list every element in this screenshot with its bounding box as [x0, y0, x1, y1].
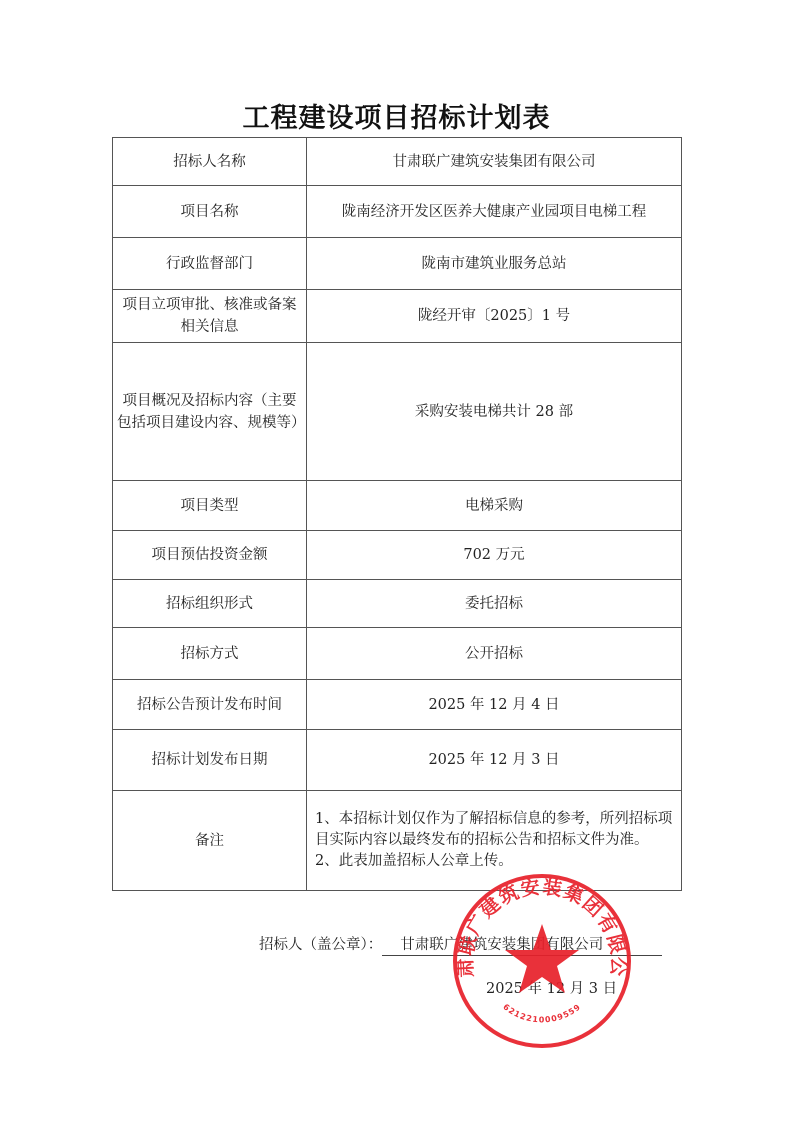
row-label: 招标方式 — [113, 628, 307, 680]
remarks-label: 备注 — [113, 791, 307, 891]
signature-date: 2025 年 12 月 3 日 — [486, 977, 617, 998]
row-value: 2025 年 12 月 4 日 — [307, 680, 682, 730]
table-row: 招标方式 公开招标 — [113, 628, 682, 680]
table-row: 项目概况及招标内容（主要包括项目建设内容、规模等） 采购安装电梯共计 28 部 — [113, 343, 682, 481]
remarks-row: 备注 1、本招标计划仅作为了解招标信息的参考，所列招标项目实际内容以最终发布的招… — [113, 791, 682, 891]
row-value: 陇经开审〔2025〕1 号 — [307, 290, 682, 343]
table-row: 项目预估投资金额 702 万元 — [113, 531, 682, 580]
row-value: 采购安装电梯共计 28 部 — [307, 343, 682, 481]
row-label: 项目立项审批、核准或备案相关信息 — [113, 290, 307, 343]
table-row: 招标公告预计发布时间 2025 年 12 月 4 日 — [113, 680, 682, 730]
row-label: 行政监督部门 — [113, 238, 307, 290]
company-seal-icon: 甘肃联广建筑安装集团有限公司 6212210009559 — [451, 872, 633, 1050]
signature-label: 招标人（盖公章）： — [259, 937, 382, 953]
row-label: 招标公告预计发布时间 — [113, 680, 307, 730]
row-value: 陇南经济开发区医养大健康产业园项目电梯工程 — [307, 186, 682, 238]
table-row: 招标组织形式 委托招标 — [113, 580, 682, 628]
remark-line: 1、本招标计划仅作为了解招标信息的参考，所列招标项目实际内容以最终发布的招标公告… — [315, 809, 675, 851]
table-row: 行政监督部门 陇南市建筑业服务总站 — [113, 238, 682, 290]
row-label: 招标计划发布日期 — [113, 730, 307, 791]
row-label: 招标组织形式 — [113, 580, 307, 628]
row-label: 项目预估投资金额 — [113, 531, 307, 580]
table-row: 项目立项审批、核准或备案相关信息 陇经开审〔2025〕1 号 — [113, 290, 682, 343]
table-row: 招标人名称 甘肃联广建筑安装集团有限公司 — [113, 138, 682, 186]
table-row: 招标计划发布日期 2025 年 12 月 3 日 — [113, 730, 682, 791]
row-value: 陇南市建筑业服务总站 — [307, 238, 682, 290]
svg-text:6212210009559: 6212210009559 — [501, 1002, 582, 1024]
row-label: 项目名称 — [113, 186, 307, 238]
signature-company: 甘肃联广建筑安装集团有限公司 — [382, 935, 662, 956]
row-label: 招标人名称 — [113, 138, 307, 186]
row-value: 电梯采购 — [307, 481, 682, 531]
remarks-content: 1、本招标计划仅作为了解招标信息的参考，所列招标项目实际内容以最终发布的招标公告… — [307, 791, 682, 891]
row-value: 甘肃联广建筑安装集团有限公司 — [307, 138, 682, 186]
row-value: 公开招标 — [307, 628, 682, 680]
row-label: 项目概况及招标内容（主要包括项目建设内容、规模等） — [113, 343, 307, 481]
table-row: 项目类型 电梯采购 — [113, 481, 682, 531]
row-label: 项目类型 — [113, 481, 307, 531]
row-value: 702 万元 — [307, 531, 682, 580]
row-value: 2025 年 12 月 3 日 — [307, 730, 682, 791]
table-row: 项目名称 陇南经济开发区医养大健康产业园项目电梯工程 — [113, 186, 682, 238]
remark-line: 2、此表加盖招标人公章上传。 — [315, 851, 675, 872]
tender-plan-table: 招标人名称 甘肃联广建筑安装集团有限公司 项目名称 陇南经济开发区医养大健康产业… — [112, 137, 682, 891]
row-value: 委托招标 — [307, 580, 682, 628]
signature-row: 招标人（盖公章）：甘肃联广建筑安装集团有限公司 — [259, 933, 662, 956]
seal-code: 6212210009559 — [501, 1002, 582, 1024]
page-title: 工程建设项目招标计划表 — [0, 96, 793, 135]
